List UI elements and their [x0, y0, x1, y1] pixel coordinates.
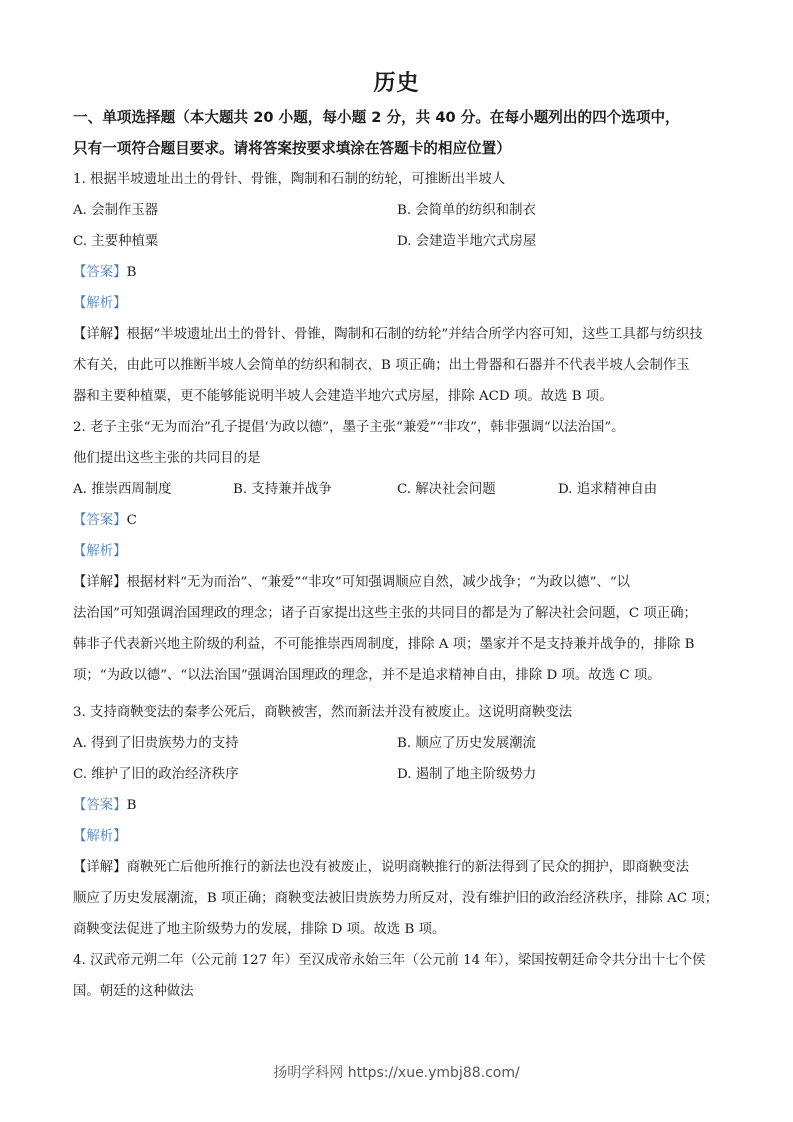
option-key: D. — [397, 767, 412, 782]
option-text: 维护了旧的政治经济秩序 — [91, 767, 238, 782]
question-1-detail-line-3: 器和主要种植粟，更不能够能说明半坡人会建造半地穴式房屋，排除 ACD 项。故选 … — [73, 387, 733, 407]
option-text: 追求精神自由 — [577, 482, 657, 497]
question-3-detail-line-2: 顺应了历史发展潮流，B 项正确；商鞅变法被旧贵族势力所反对，没有维护旧的政治经济… — [73, 889, 733, 909]
detail-text: 根据材料“无为而治”、“兼爱”“非攻”可知强调顺应自然，减少战争；“为政以德”、… — [127, 575, 631, 590]
option-text: 解决社会问题 — [415, 482, 495, 497]
document-title: 历史 — [0, 66, 793, 97]
analysis-label: 【解析】 — [73, 296, 127, 311]
detail-text: 根据“半坡遗址出土的骨针、骨锥，陶制和石制的纺轮”并结合所学内容可知，这些工具都… — [127, 327, 703, 342]
option-text: 顺应了历史发展潮流 — [415, 736, 536, 751]
option-key: A. — [73, 203, 87, 218]
question-1-stem: 1. 根据半坡遗址出土的骨针、骨锥，陶制和石制的纺轮，可推断出半坡人 — [73, 170, 733, 190]
option-text: 会制作玉器 — [91, 203, 158, 218]
question-2-option-b: B. 支持兼并战争 — [233, 480, 332, 500]
option-key: B. — [397, 736, 411, 751]
option-key: C. — [397, 482, 411, 497]
question-4-stem-line-2: 国。朝廷的这种做法 — [73, 982, 733, 1002]
question-2-analysis-label: 【解析】 — [73, 542, 733, 562]
question-2-option-d: D. 追求精神自由 — [558, 480, 657, 500]
question-1-detail-line-2: 术有关，由此可以推断半坡人会简单的纺织和制衣，B 项正确；出土骨器和石器并不代表… — [73, 356, 733, 376]
question-3-option-c: C. 维护了旧的政治经济秩序 — [73, 765, 239, 785]
question-4-stem-line-1: 4. 汉武帝元朔二年（公元前 127 年）至汉成帝永始三年（公元前 14 年），… — [73, 951, 733, 971]
option-key: A. — [73, 736, 87, 751]
question-1-option-c: C. 主要种植粟 — [73, 232, 158, 252]
option-text: 会简单的纺织和制衣 — [415, 203, 536, 218]
question-3-option-a: A. 得到了旧贵族势力的支持 — [73, 734, 239, 754]
option-text: 会建造半地穴式房屋 — [416, 234, 537, 249]
answer-value: B — [127, 265, 137, 280]
answer-value: B — [127, 798, 137, 813]
option-text: 主要种植粟 — [91, 234, 158, 249]
option-text: 遏制了地主阶级势力 — [416, 767, 537, 782]
question-3-stem: 3. 支持商鞅变法的秦孝公死后，商鞅被害，然而新法并没有被废止。这说明商鞅变法 — [73, 703, 733, 723]
option-key: B. — [233, 482, 247, 497]
option-key: C. — [73, 767, 87, 782]
detail-label: 【详解】 — [73, 860, 127, 875]
question-1-answer: 【答案】B — [73, 263, 733, 283]
question-2-detail-line-1: 【详解】根据材料“无为而治”、“兼爱”“非攻”可知强调顺应自然，减少战争；“为政… — [73, 573, 733, 593]
option-key: B. — [397, 203, 411, 218]
question-1-option-a: A. 会制作玉器 — [73, 201, 158, 221]
answer-label: 【答案】 — [73, 513, 127, 528]
watermark-footer: 扬明学科网 https://xue.ymbj88.com/ — [0, 1062, 793, 1082]
question-3-option-d: D. 遏制了地主阶级势力 — [397, 765, 536, 785]
option-text: 得到了旧贵族势力的支持 — [91, 736, 238, 751]
question-1-option-d: D. 会建造半地穴式房屋 — [397, 232, 536, 252]
section-heading-line-2: 只有一项符合题目要求。请将答案按要求填涂在答题卡的相应位置） — [73, 139, 733, 159]
detail-text: 商鞅死亡后他所推行的新法也没有被废止，说明商鞅推行的新法得到了民众的拥护，即商鞅… — [127, 860, 689, 875]
option-text: 推崇西周制度 — [91, 482, 171, 497]
answer-value: C — [127, 513, 137, 528]
question-3-answer: 【答案】B — [73, 796, 733, 816]
question-3-detail-line-3: 商鞅变法促进了地主阶级势力的发展，排除 D 项。故选 B 项。 — [73, 920, 733, 940]
option-key: D. — [558, 482, 573, 497]
section-heading-line-1: 一、单项选择题（本大题共 20 小题，每小题 2 分，共 40 分。在每小题列出… — [73, 108, 733, 128]
question-3-analysis-label: 【解析】 — [73, 827, 733, 847]
question-2-option-c: C. 解决社会问题 — [397, 480, 496, 500]
option-key: C. — [73, 234, 87, 249]
analysis-label: 【解析】 — [73, 544, 127, 559]
question-3-option-b: B. 顺应了历史发展潮流 — [397, 734, 536, 754]
question-1-detail-line-1: 【详解】根据“半坡遗址出土的骨针、骨锥，陶制和石制的纺轮”并结合所学内容可知，这… — [73, 325, 733, 345]
option-key: A. — [73, 482, 87, 497]
question-2-detail-line-2: 法治国”可知强调治国理政的理念；诸子百家提出这些主张的共同目的都是为了解决社会问… — [73, 604, 733, 624]
question-1-option-b: B. 会简单的纺织和制衣 — [397, 201, 536, 221]
option-key: D. — [397, 234, 412, 249]
detail-label: 【详解】 — [73, 575, 127, 590]
detail-label: 【详解】 — [73, 327, 127, 342]
question-1-analysis-label: 【解析】 — [73, 294, 733, 314]
answer-label: 【答案】 — [73, 798, 127, 813]
question-2-detail-line-4: 项；“为政以德”、“以法治国”强调治国理政的理念，并不是追求精神自由，排除 D … — [73, 666, 733, 686]
document-page: 历史 一、单项选择题（本大题共 20 小题，每小题 2 分，共 40 分。在每小… — [0, 0, 793, 1122]
question-2-answer: 【答案】C — [73, 511, 733, 531]
question-3-detail-line-1: 【详解】商鞅死亡后他所推行的新法也没有被废止，说明商鞅推行的新法得到了民众的拥护… — [73, 858, 733, 878]
option-text: 支持兼并战争 — [251, 482, 331, 497]
question-2-option-a: A. 推崇西周制度 — [73, 480, 172, 500]
analysis-label: 【解析】 — [73, 829, 127, 844]
answer-label: 【答案】 — [73, 265, 127, 280]
question-2-stem-line-1: 2. 老子主张“无为而治”孔子提倡‘为政以德”，墨子主张“兼爱”“非攻”，韩非强… — [73, 418, 733, 438]
question-2-stem-line-2: 他们提出这些主张的共同目的是 — [73, 449, 733, 469]
question-2-detail-line-3: 韩非子代表新兴地主阶级的利益，不可能推崇西周制度，排除 A 项；墨家并不是支持兼… — [73, 635, 733, 655]
